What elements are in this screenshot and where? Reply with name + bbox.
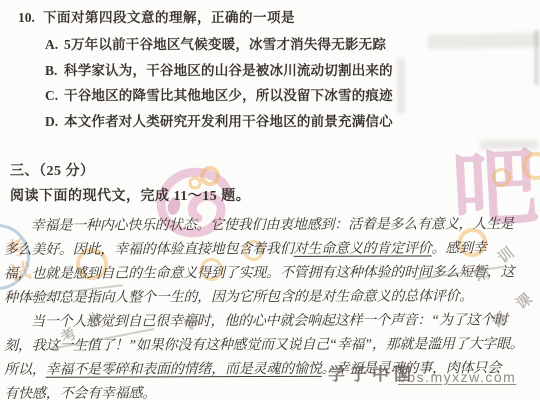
- option-label: B.: [45, 61, 64, 80]
- option-row: A.5万年以前干谷地区气候变暖，冰雪才消失得无影无踪: [45, 35, 523, 54]
- passage-text: 刻，我这一生值了！”如果你没有这种感觉而又说自己“幸福”，那就是滥用了大字眼。: [4, 337, 524, 354]
- passage-text: 幸福是一种内心快乐的状态。它使我们由衷地感到：活着是多么有意义，人生是: [31, 217, 514, 234]
- underlined-phrase: 对生命意义的肯定评价: [294, 241, 432, 256]
- option-label: D.: [45, 112, 64, 131]
- scan-smudge: [534, 30, 539, 85]
- option-text: 本文作者对人类研究开发利用干谷地区的前景充满信心: [64, 112, 393, 131]
- passage-line: 福，也就是感到自己的生命意义得到了实现。不管拥有这种体验的时间多么短暂，这: [4, 261, 538, 287]
- question-block: 10. 下面对第四段文意的理解，正确的一项是 A.5万年以前干谷地区气候变暖，冰…: [18, 8, 523, 137]
- passage-line: 多么美好。因此，幸福的体验直接地包含着我们对生命意义的肯定评价。感到幸: [4, 237, 538, 263]
- section-heading: 三、（25 分）: [10, 159, 250, 184]
- passage-line: 幸福是一种内心快乐的状态。它使我们由衷地感到：活着是多么有意义，人生是: [4, 213, 538, 239]
- option-row: D.本文作者对人类研究开发利用干谷地区的前景充满信心: [45, 112, 523, 131]
- option-label: C.: [45, 86, 64, 105]
- option-text: 科学家认为，干谷地区的山谷是被冰川流动切割出来的: [64, 61, 393, 80]
- passage-text: 有快感，不会有幸福感。: [4, 386, 156, 400]
- passage-text: 种体验却总是指向人整个一生的，因为它所包含的是对生命意义的总体评价。: [4, 289, 473, 306]
- option-text: 5万年以前干谷地区气候变暖，冰雪才消失得无影无踪: [64, 35, 386, 54]
- underlined-phrase: 幸福不是零碎和表面的情绪，而是灵魂的愉悦: [46, 362, 322, 378]
- passage-text: 所以，: [4, 363, 45, 378]
- option-text: 干谷地区的降雪比其他地区少，所以没留下冰雪的痕迹: [64, 86, 393, 105]
- exam-paper-scan: 吧 考试 考 业 训 培 训 语 课 10. 下面对第四段文意的理解，正确的一项…: [0, 0, 540, 400]
- option-row: B.科学家认为，干谷地区的山谷是被冰川流动切割出来的: [45, 61, 523, 80]
- passage-text: 福，也就是感到自己的生命意义得到了实现。不管拥有这种体验的时间多么短暂，这: [4, 265, 515, 282]
- scan-smudge: [480, 140, 538, 149]
- passage-text: 多么美好。因此，幸福的体验直接地包含着我们: [4, 242, 294, 258]
- section-header: 三、（25 分） 阅读下面的现代文，完成 11～15 题。: [10, 159, 250, 209]
- question-stem: 下面对第四段文意的理解，正确的一项是: [43, 8, 295, 27]
- option-row: C.干谷地区的降雪比其他地区少，所以没留下冰雪的痕迹: [45, 86, 523, 105]
- question-stem-row: 10. 下面对第四段文意的理解，正确的一项是: [18, 8, 523, 27]
- orange-ring-icon: [492, 168, 511, 187]
- options-list: A.5万年以前干谷地区气候变暖，冰雪才消失得无影无踪B.科学家认为，干谷地区的山…: [45, 35, 523, 131]
- section-instruction: 阅读下面的现代文，完成 11～15 题。: [10, 184, 250, 209]
- question-number: 10.: [18, 8, 43, 27]
- option-label: A.: [45, 35, 64, 54]
- passage-text: 。感到幸: [432, 241, 487, 256]
- site-url-watermark: bbs.myxzw.com: [398, 369, 516, 385]
